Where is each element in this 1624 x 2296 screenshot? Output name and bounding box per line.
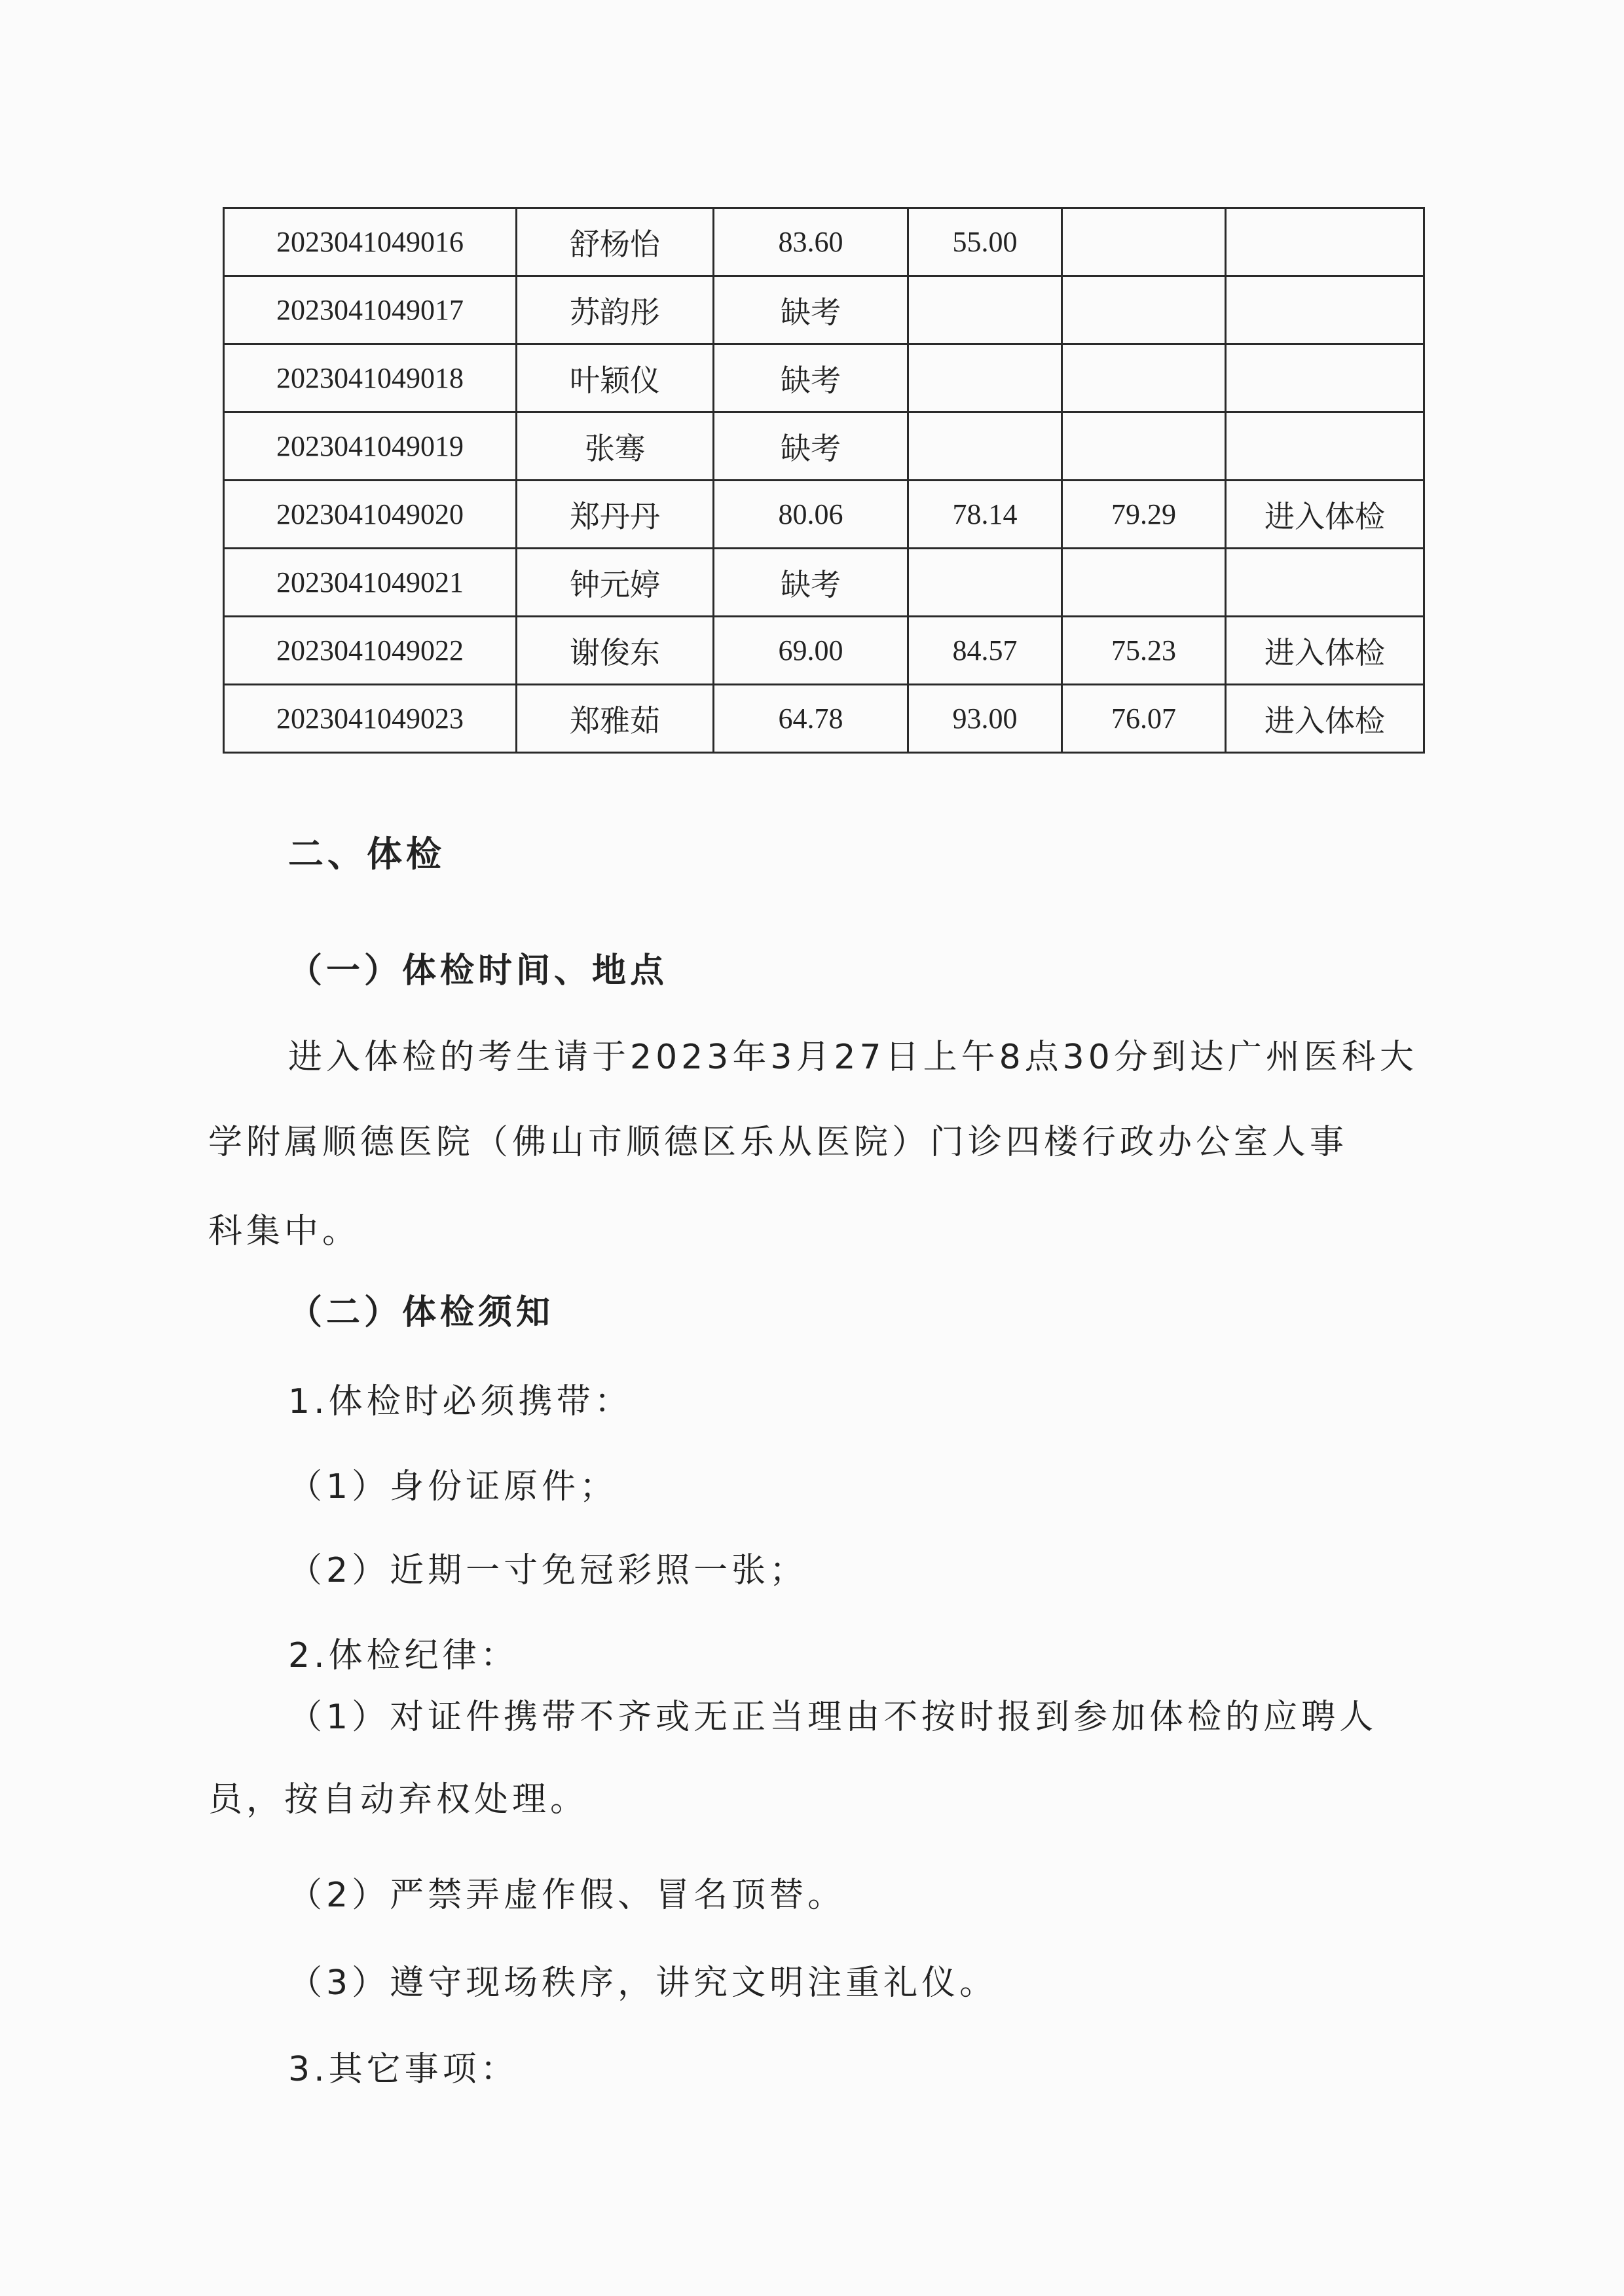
candidate-id: 2023041049023	[224, 685, 517, 753]
candidate-id: 2023041049022	[224, 617, 517, 685]
result	[1226, 208, 1424, 276]
list-item: 2.体检纪律：	[288, 1628, 519, 1677]
result	[1226, 412, 1424, 481]
list-item: （2）严禁弄虚作假、冒名顶替。	[288, 1867, 845, 1916]
candidate-name: 郑雅茹	[517, 685, 714, 753]
paragraph-line: 学附属顺德医院（佛山市顺德区乐从医院）门诊四楼行政办公室人事	[208, 1114, 1348, 1163]
candidate-name: 苏韵彤	[517, 276, 714, 344]
candidate-name: 张骞	[517, 412, 714, 481]
total-score: 75.23	[1062, 617, 1226, 685]
interview-score: 55.00	[908, 208, 1062, 276]
written-score: 缺考	[714, 276, 908, 344]
candidate-id: 2023041049017	[224, 276, 517, 344]
interview-score	[908, 344, 1062, 412]
list-item: 3.其它事项：	[288, 2041, 519, 2090]
table-row: 2023041049017 苏韵彤 缺考	[224, 276, 1424, 344]
total-score: 76.07	[1062, 685, 1226, 753]
table-row: 2023041049022 谢俊东 69.00 84.57 75.23 进入体检	[224, 617, 1424, 685]
result	[1226, 276, 1424, 344]
written-score: 缺考	[714, 412, 908, 481]
list-item: （1）对证件携带不齐或无正当理由不按时报到参加体检的应聘人	[288, 1689, 1377, 1738]
paragraph-line: 科集中。	[208, 1203, 360, 1252]
interview-score: 78.14	[908, 481, 1062, 549]
total-score: 79.29	[1062, 481, 1226, 549]
interview-score: 93.00	[908, 685, 1062, 753]
score-table: 2023041049016 舒杨怡 83.60 55.00 2023041049…	[223, 207, 1425, 754]
paragraph-line: 进入体检的考生请于2023年3月27日上午8点30分到达广州医科大	[288, 1029, 1418, 1078]
table-row: 2023041049019 张骞 缺考	[224, 412, 1424, 481]
total-score	[1062, 344, 1226, 412]
table-row: 2023041049021 钟元婷 缺考	[224, 549, 1424, 617]
candidate-id: 2023041049021	[224, 549, 517, 617]
table-row: 2023041049016 舒杨怡 83.60 55.00	[224, 208, 1424, 276]
candidate-id: 2023041049016	[224, 208, 517, 276]
result: 进入体检	[1226, 617, 1424, 685]
table-row: 2023041049020 郑丹丹 80.06 78.14 79.29 进入体检	[224, 481, 1424, 549]
written-score: 缺考	[714, 344, 908, 412]
section-heading: 二、体检	[288, 826, 445, 877]
written-score: 64.78	[714, 685, 908, 753]
result: 进入体检	[1226, 685, 1424, 753]
candidate-name: 叶颖仪	[517, 344, 714, 412]
candidate-name: 钟元婷	[517, 549, 714, 617]
written-score: 83.60	[714, 208, 908, 276]
list-item: （2）近期一寸免冠彩照一张；	[288, 1542, 807, 1592]
candidate-name: 郑丹丹	[517, 481, 714, 549]
interview-score	[908, 549, 1062, 617]
interview-score	[908, 412, 1062, 481]
result	[1226, 549, 1424, 617]
total-score	[1062, 208, 1226, 276]
result	[1226, 344, 1424, 412]
total-score	[1062, 412, 1226, 481]
candidate-id: 2023041049019	[224, 412, 517, 481]
written-score: 80.06	[714, 481, 908, 549]
total-score	[1062, 276, 1226, 344]
result: 进入体检	[1226, 481, 1424, 549]
table-row: 2023041049018 叶颖仪 缺考	[224, 344, 1424, 412]
subsection-heading-1: （一）体检时间、地点	[288, 943, 668, 992]
subsection-heading-2: （二）体检须知	[288, 1285, 554, 1334]
list-item: 1.体检时必须携带：	[288, 1374, 633, 1423]
list-item: （3）遵守现场秩序，讲究文明注重礼仪。	[288, 1955, 997, 2004]
candidate-id: 2023041049018	[224, 344, 517, 412]
list-item: （1）身份证原件；	[288, 1459, 618, 1508]
total-score	[1062, 549, 1226, 617]
interview-score	[908, 276, 1062, 344]
table-row: 2023041049023 郑雅茹 64.78 93.00 76.07 进入体检	[224, 685, 1424, 753]
candidate-name: 舒杨怡	[517, 208, 714, 276]
list-item: 员，按自动弃权处理。	[208, 1772, 588, 1821]
written-score: 缺考	[714, 549, 908, 617]
interview-score: 84.57	[908, 617, 1062, 685]
candidate-name: 谢俊东	[517, 617, 714, 685]
candidate-id: 2023041049020	[224, 481, 517, 549]
written-score: 69.00	[714, 617, 908, 685]
